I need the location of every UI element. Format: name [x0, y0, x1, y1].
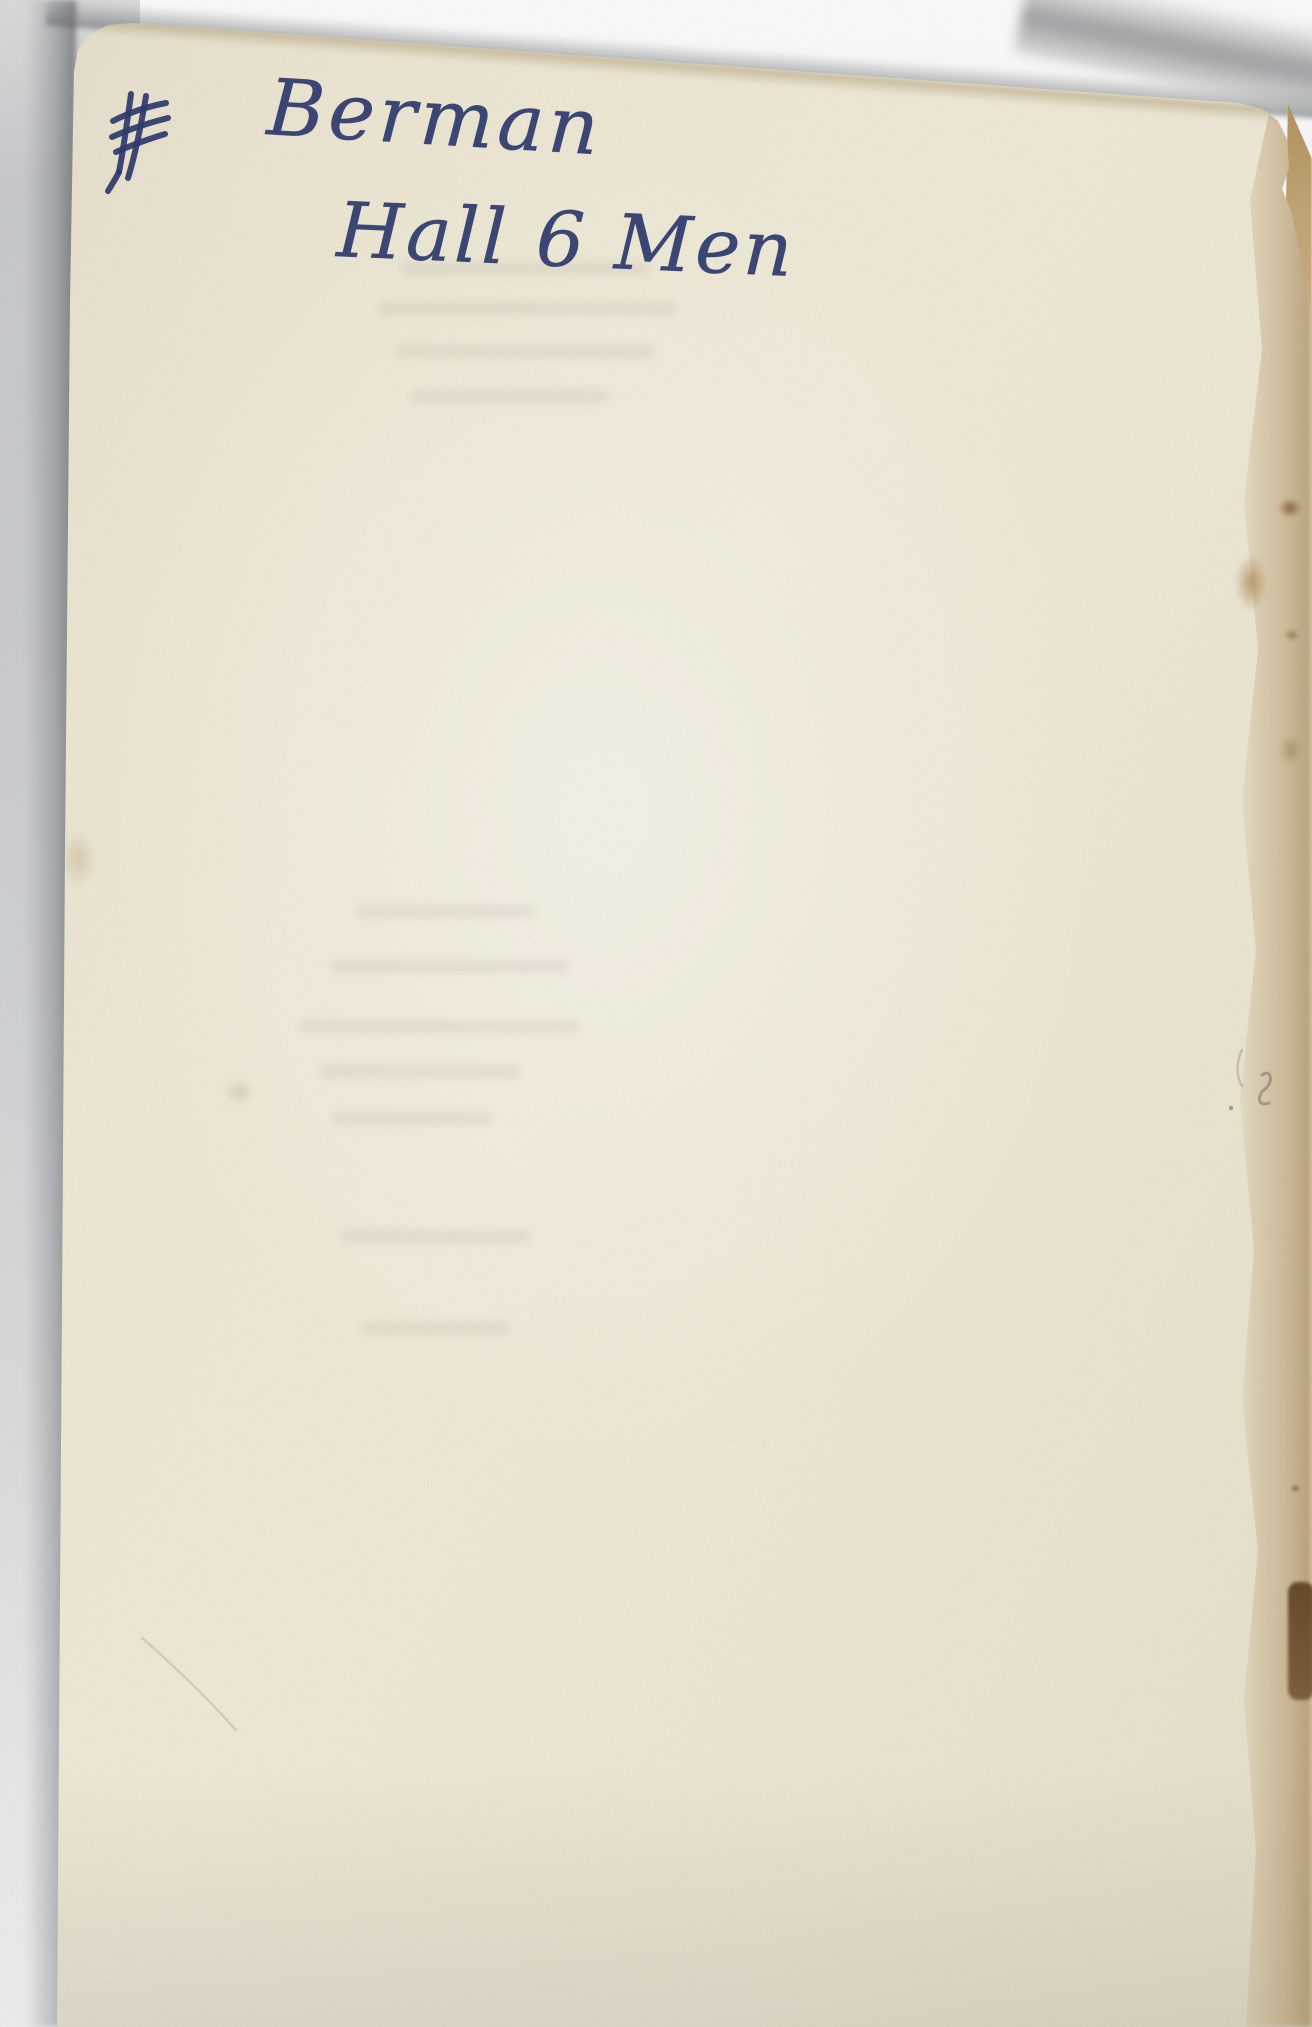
ghost-text-showthrough — [330, 960, 570, 973]
ghost-text-showthrough — [395, 345, 655, 358]
ghost-text-showthrough — [355, 905, 535, 918]
dark-stain-right-edge — [1288, 1582, 1312, 1700]
ghost-text-showthrough — [332, 1112, 492, 1125]
ghost-text-showthrough — [400, 262, 650, 275]
faint-smudge — [225, 1080, 253, 1104]
fore-edge-tan-band — [1232, 100, 1312, 2027]
ghost-text-showthrough — [320, 1065, 520, 1078]
foxing-spot — [1278, 498, 1302, 518]
book-page — [0, 0, 1312, 2027]
foxing-dot — [1290, 1484, 1301, 1493]
foxing-blob — [1236, 556, 1266, 610]
ghost-text-showthrough — [340, 1230, 530, 1243]
ghost-text-showthrough — [360, 1322, 510, 1335]
foxing-spot — [1280, 735, 1302, 765]
photo-book-flyleaf: Berman Hall 6 Men — [0, 0, 1312, 2027]
ghost-text-showthrough — [410, 390, 610, 403]
ghost-text-showthrough — [378, 302, 678, 315]
ghost-text-showthrough — [300, 1020, 580, 1033]
left-edge-smudge — [62, 832, 94, 886]
foxing-spot — [1284, 628, 1300, 642]
